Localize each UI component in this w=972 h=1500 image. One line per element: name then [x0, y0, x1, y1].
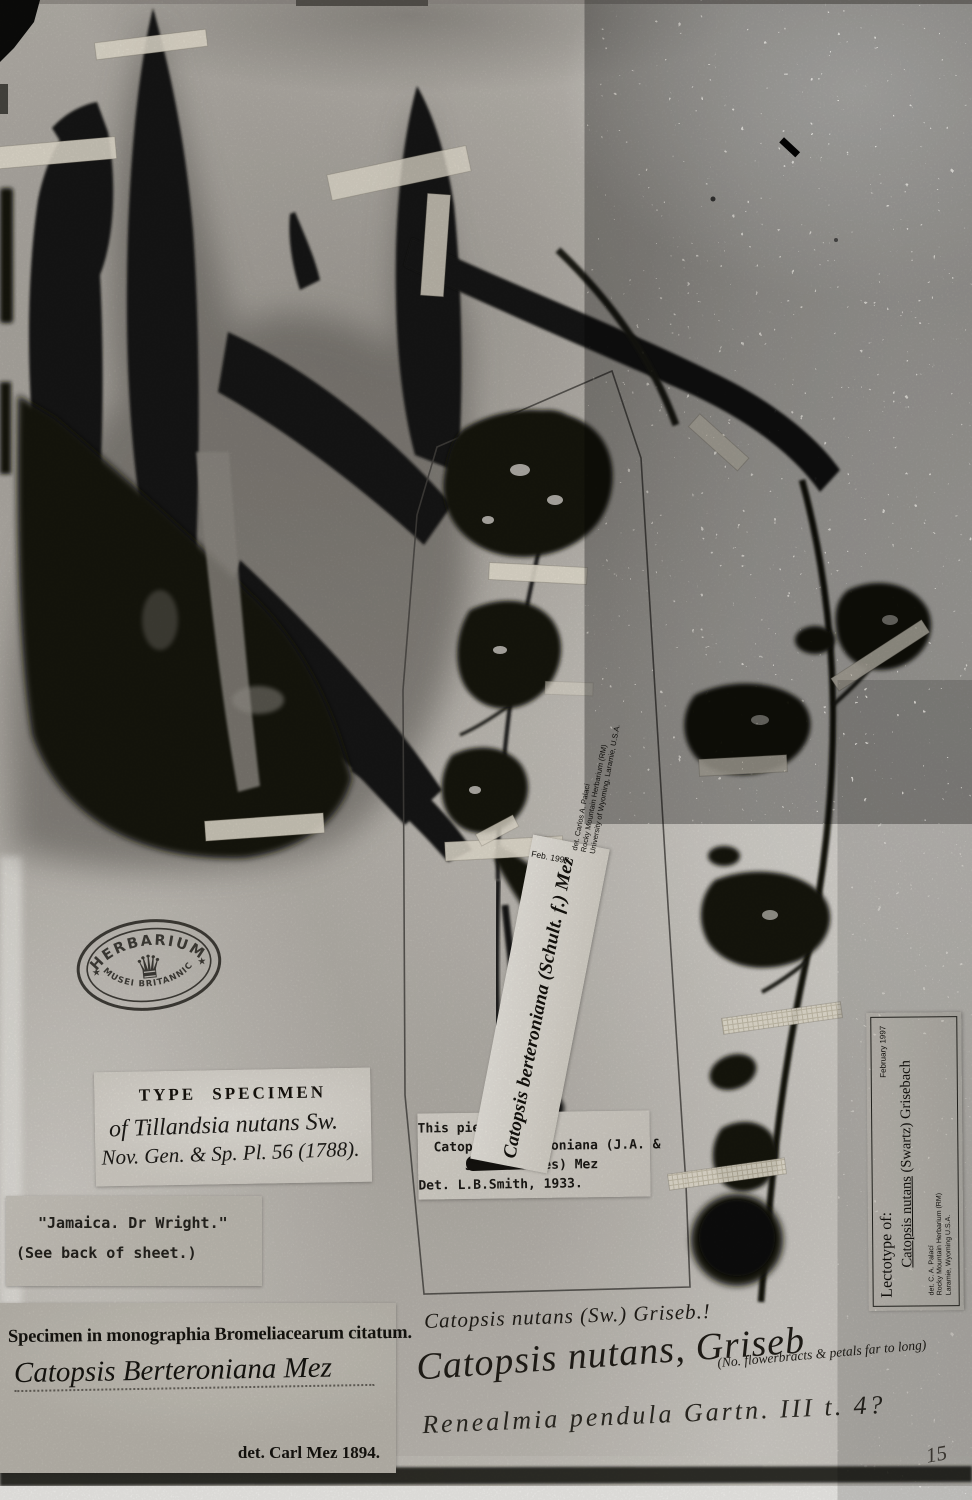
herbarium-sheet: HERBARIUM MUSEI BRITANNICI ♛ ★ ★ TYPE SP…	[0, 0, 972, 1500]
lectotype-species: Catopsis nutans (Swartz) Grisebach	[897, 1026, 916, 1268]
smith-line4: Det. L.B.Smith, 1933.	[418, 1173, 650, 1195]
lectotype-date: February 1997	[878, 1026, 887, 1078]
jamaica-locality: "Jamaica. Dr Wright."	[38, 1214, 262, 1232]
lectotype-frame: Lectotype of: February 1997 Catopsis nut…	[870, 1016, 960, 1307]
star-icon: ★	[91, 967, 101, 979]
lectotype-species-author: (Swartz) Grisebach	[898, 1060, 915, 1176]
lectotype-herbarium: Rocky Mountain Herbarium (RM)	[936, 1193, 945, 1295]
lectotype-address: Laramie, Wyoming U.S.A.	[944, 1193, 953, 1295]
leaf-glint	[232, 686, 284, 714]
jamaica-label: "Jamaica. Dr Wright." (See back of sheet…	[6, 1196, 262, 1286]
type-specimen-title: TYPE SPECIMEN	[94, 1082, 370, 1107]
monographia-label: Specimen in monographia Bromeliacearum c…	[0, 1303, 396, 1473]
lectotype-title: Lectotype of:	[878, 1212, 897, 1298]
monographia-det: det. Carl Mez 1894.	[238, 1443, 380, 1463]
page-number: 15	[924, 1440, 949, 1468]
lectotype-species-name: Catopsis nutans	[899, 1176, 916, 1268]
lectotype-label: Lectotype of: February 1997 Catopsis nut…	[866, 1012, 964, 1311]
type-specimen-label: TYPE SPECIMEN of Tillandsia nutans Sw. N…	[94, 1068, 372, 1187]
star-icon: ★	[197, 956, 207, 968]
herbarium-stamp: HERBARIUM MUSEI BRITANNICI ♛ ★ ★	[69, 910, 228, 1020]
leaf-glint	[142, 590, 178, 650]
lectotype-det-block: det. C. A. Palací Rocky Mountain Herbari…	[927, 1193, 953, 1296]
jamaica-note: (See back of sheet.)	[16, 1244, 262, 1262]
monographia-heading: Specimen in monographia Bromeliacearum c…	[8, 1323, 396, 1348]
crown-icon: ♛	[133, 947, 166, 988]
rm-annotation-date: Feb. 1997	[530, 849, 569, 866]
monographia-species: Catopsis Berteroniana Mez	[14, 1351, 375, 1392]
